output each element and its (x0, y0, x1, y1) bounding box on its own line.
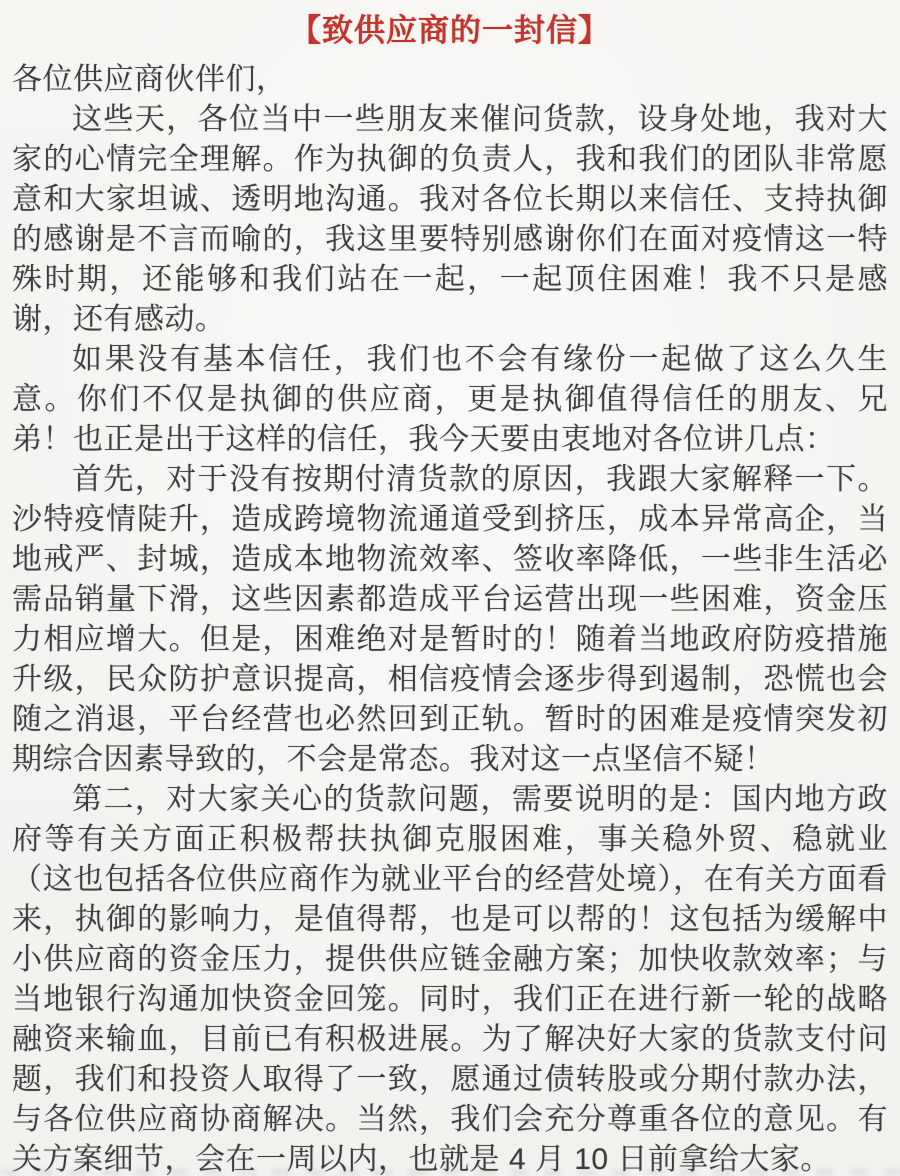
salutation: 各位供应商伙伴们， (12, 60, 888, 100)
letter-document: 【致供应商的一封信】 各位供应商伙伴们， 这些天，各位当中一些朋友来催问货款，设… (0, 0, 900, 1176)
paragraph-1: 这些天，各位当中一些朋友来催问货款，设身处地，我对大家的心情完全理解。作为执御的… (12, 100, 888, 340)
paragraph-2: 如果没有基本信任，我们也不会有缘份一起做了这么久生意。你们不仅是执御的供应商，更… (12, 340, 888, 460)
cutoff-next-line-artifact (0, 1169, 900, 1176)
paragraph-3: 首先，对于没有按期付清货款的原因，我跟大家解释一下。沙特疫情陡升，造成跨境物流通… (12, 460, 888, 780)
paragraph-4: 第二，对大家关心的货款问题，需要说明的是：国内地方政府等有关方面正积极帮扶执御克… (12, 780, 888, 1176)
letter-title: 【致供应商的一封信】 (12, 10, 888, 52)
